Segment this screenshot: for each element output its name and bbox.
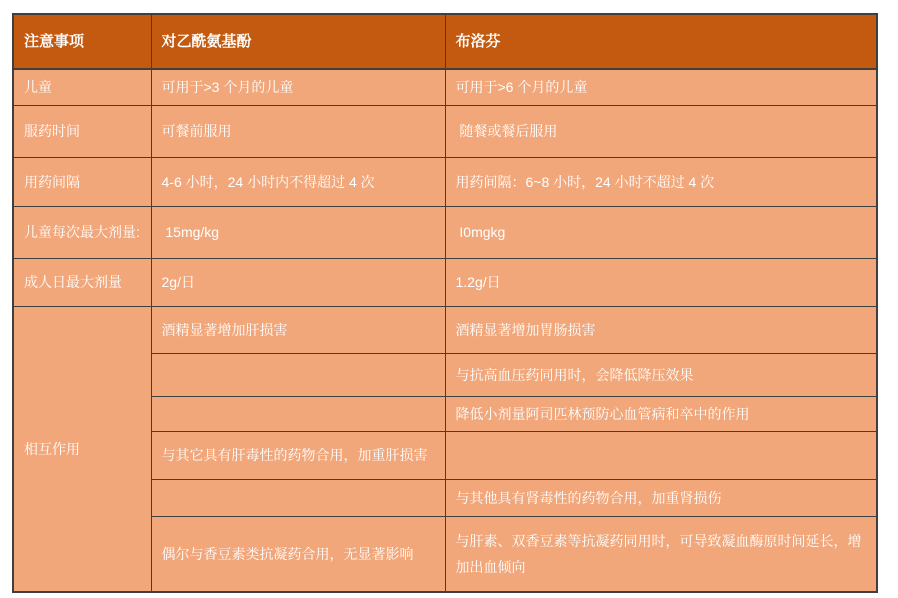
cell-ibuprofen: 与肝素、双香豆素等抗凝药同用时，可导致凝血酶原时间延长，增加出血倾向 xyxy=(445,516,877,592)
table-row-dosing-time: 服药时间 可餐前服用 随餐或餐后服用 xyxy=(13,105,877,157)
cell-ibuprofen: 随餐或餐后服用 xyxy=(445,105,877,157)
row-label: 儿童每次最大剂量: xyxy=(13,206,151,258)
column-header-ibuprofen: 布洛芬 xyxy=(445,14,877,69)
table-row-dosing-interval: 用药间隔 4-6 小时，24 小时内不得超过 4 次 用药间隔：6~8 小时，2… xyxy=(13,157,877,206)
cell-ibuprofen: 酒精显著增加胃肠损害 xyxy=(445,306,877,353)
table-header: 注意事项 对乙酰氨基酚 布洛芬 xyxy=(13,14,877,69)
cell-ibuprofen: 与抗高血压药同用时，会降低降压效果 xyxy=(445,353,877,396)
table-row-child-max-dose: 儿童每次最大剂量: 15mg/kg I0mgkg xyxy=(13,206,877,258)
cell-ibuprofen: 用药间隔：6~8 小时，24 小时不超过 4 次 xyxy=(445,157,877,206)
cell-acetaminophen xyxy=(151,353,445,396)
cell-acetaminophen: 2g/日 xyxy=(151,258,445,306)
cell-acetaminophen: 酒精显著增加肝损害 xyxy=(151,306,445,353)
cell-acetaminophen: 可用于>3 个月的儿童 xyxy=(151,69,445,105)
cell-ibuprofen: 可用于>6 个月的儿童 xyxy=(445,69,877,105)
cell-ibuprofen xyxy=(445,431,877,479)
row-label: 成人日最大剂量 xyxy=(13,258,151,306)
row-label: 服药时间 xyxy=(13,105,151,157)
cell-acetaminophen xyxy=(151,479,445,516)
page: 注意事项 对乙酰氨基酚 布洛芬 儿童 可用于>3 个月的儿童 可用于>6 个月的… xyxy=(0,0,898,598)
cell-ibuprofen: 与其他具有肾毒性的药物合用，加重肾损伤 xyxy=(445,479,877,516)
table-row-adult-max-dose: 成人日最大剂量 2g/日 1.2g/日 xyxy=(13,258,877,306)
row-label: 儿童 xyxy=(13,69,151,105)
table-row-children: 儿童 可用于>3 个月的儿童 可用于>6 个月的儿童 xyxy=(13,69,877,105)
cell-ibuprofen: 1.2g/日 xyxy=(445,258,877,306)
column-header-acetaminophen: 对乙酰氨基酚 xyxy=(151,14,445,69)
cell-acetaminophen xyxy=(151,396,445,431)
medication-comparison-table: 注意事项 对乙酰氨基酚 布洛芬 儿童 可用于>3 个月的儿童 可用于>6 个月的… xyxy=(12,13,878,593)
cell-ibuprofen: I0mgkg xyxy=(445,206,877,258)
cell-acetaminophen: 可餐前服用 xyxy=(151,105,445,157)
cell-acetaminophen: 15mg/kg xyxy=(151,206,445,258)
cell-ibuprofen: 降低小剂量阿司匹林预防心血管病和卒中的作用 xyxy=(445,396,877,431)
header-row: 注意事项 对乙酰氨基酚 布洛芬 xyxy=(13,14,877,69)
cell-acetaminophen: 4-6 小时，24 小时内不得超过 4 次 xyxy=(151,157,445,206)
table-body: 儿童 可用于>3 个月的儿童 可用于>6 个月的儿童 服药时间 可餐前服用 随餐… xyxy=(13,69,877,592)
column-header-precautions: 注意事项 xyxy=(13,14,151,69)
table-row-interaction-1: 相互作用 酒精显著增加肝损害 酒精显著增加胃肠损害 xyxy=(13,306,877,353)
cell-acetaminophen: 偶尔与香豆素类抗凝药合用，无显著影响 xyxy=(151,516,445,592)
row-label-interactions: 相互作用 xyxy=(13,306,151,592)
row-label: 用药间隔 xyxy=(13,157,151,206)
cell-acetaminophen: 与其它具有肝毒性的药物合用，加重肝损害 xyxy=(151,431,445,479)
